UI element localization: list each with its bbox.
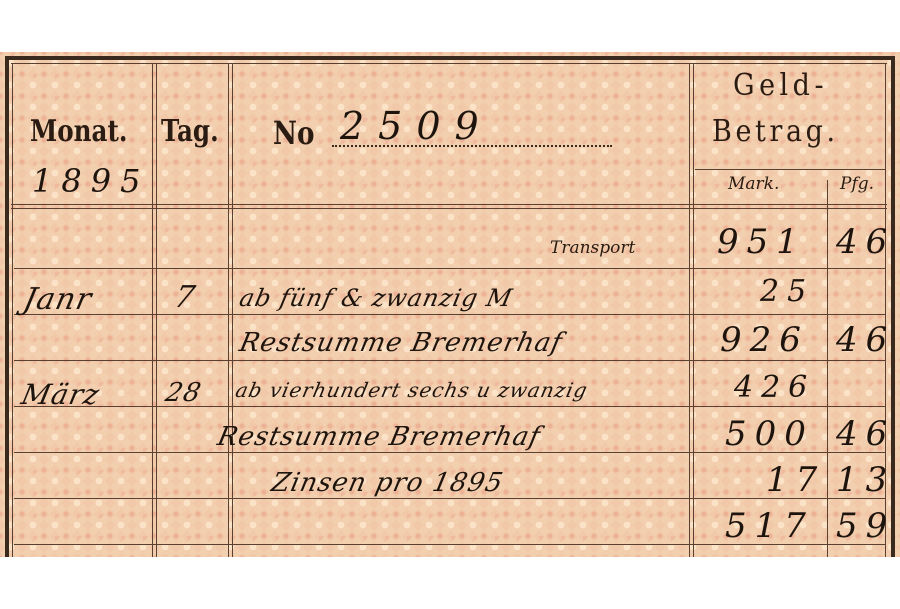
row-rule-3 [14, 360, 885, 361]
divider-mark-pfg [827, 180, 828, 557]
row-6-mark: 517 [725, 506, 814, 546]
row-1-day: 7 [171, 280, 199, 315]
row-5-pfg: 13 [836, 460, 895, 500]
row-2-mark: 926 [720, 320, 809, 360]
divider-day-text-b [232, 63, 233, 557]
row-4-mark: 500 [725, 414, 814, 454]
header-month: Monat. [30, 114, 127, 149]
divider-month-day-b [156, 63, 157, 557]
row-0-mark: 951 [717, 222, 806, 262]
row-rule-6 [14, 498, 885, 499]
header-rule-b [11, 208, 887, 209]
header-number-label: No [273, 114, 314, 152]
border-left-outer [5, 56, 9, 557]
row-4-pfg: 46 [836, 414, 895, 454]
divider-day-text-a [228, 63, 229, 557]
row-1-month: Janr [20, 282, 95, 317]
row-1-text: ab fünf & zwanzig M [237, 284, 515, 312]
row-0-pfg: 46 [836, 222, 895, 262]
row-6-pfg: 59 [836, 506, 895, 546]
row-2-text: Restsumme Bremerhaf [237, 328, 565, 358]
subheader-pfg: Pfg. [840, 174, 874, 194]
subheader-rule [695, 169, 885, 170]
header-amount-line1: Geld- [733, 68, 828, 103]
border-top-outer [5, 56, 895, 60]
subheader-mark: Mark. [728, 174, 779, 194]
divider-month-day-a [152, 63, 153, 557]
border-left-inner [12, 63, 13, 557]
receipt-number: 2509 [340, 104, 493, 148]
row-5-text: Zinsen pro 1895 [269, 468, 506, 498]
header-day: Tag. [161, 114, 219, 149]
row-2-pfg: 46 [836, 320, 895, 360]
row-3-text: ab vierhundert sechs u zwanzig [233, 378, 590, 402]
divider-text-amount-b [693, 63, 694, 557]
year: 1895 [32, 162, 149, 200]
border-top-inner [11, 63, 887, 64]
header-rule-a [11, 204, 887, 205]
row-rule-2 [14, 314, 885, 315]
row-4-text: Restsumme Bremerhaf [215, 422, 543, 452]
row-5-mark: 17 [766, 460, 825, 500]
row-3-month: März [18, 378, 103, 411]
row-0-text: Transport [550, 238, 635, 258]
ledger-page: Monat. Tag. No 2509 Geld- Betrag. Mark. … [0, 52, 900, 557]
row-3-mark: 426 [734, 370, 815, 405]
row-rule-4 [14, 406, 885, 407]
divider-text-amount-a [689, 63, 690, 557]
row-rule-1 [14, 268, 885, 269]
row-3-day: 28 [163, 378, 204, 408]
row-1-mark: 25 [760, 274, 814, 309]
header-amount-line2: Betrag. [712, 114, 839, 149]
